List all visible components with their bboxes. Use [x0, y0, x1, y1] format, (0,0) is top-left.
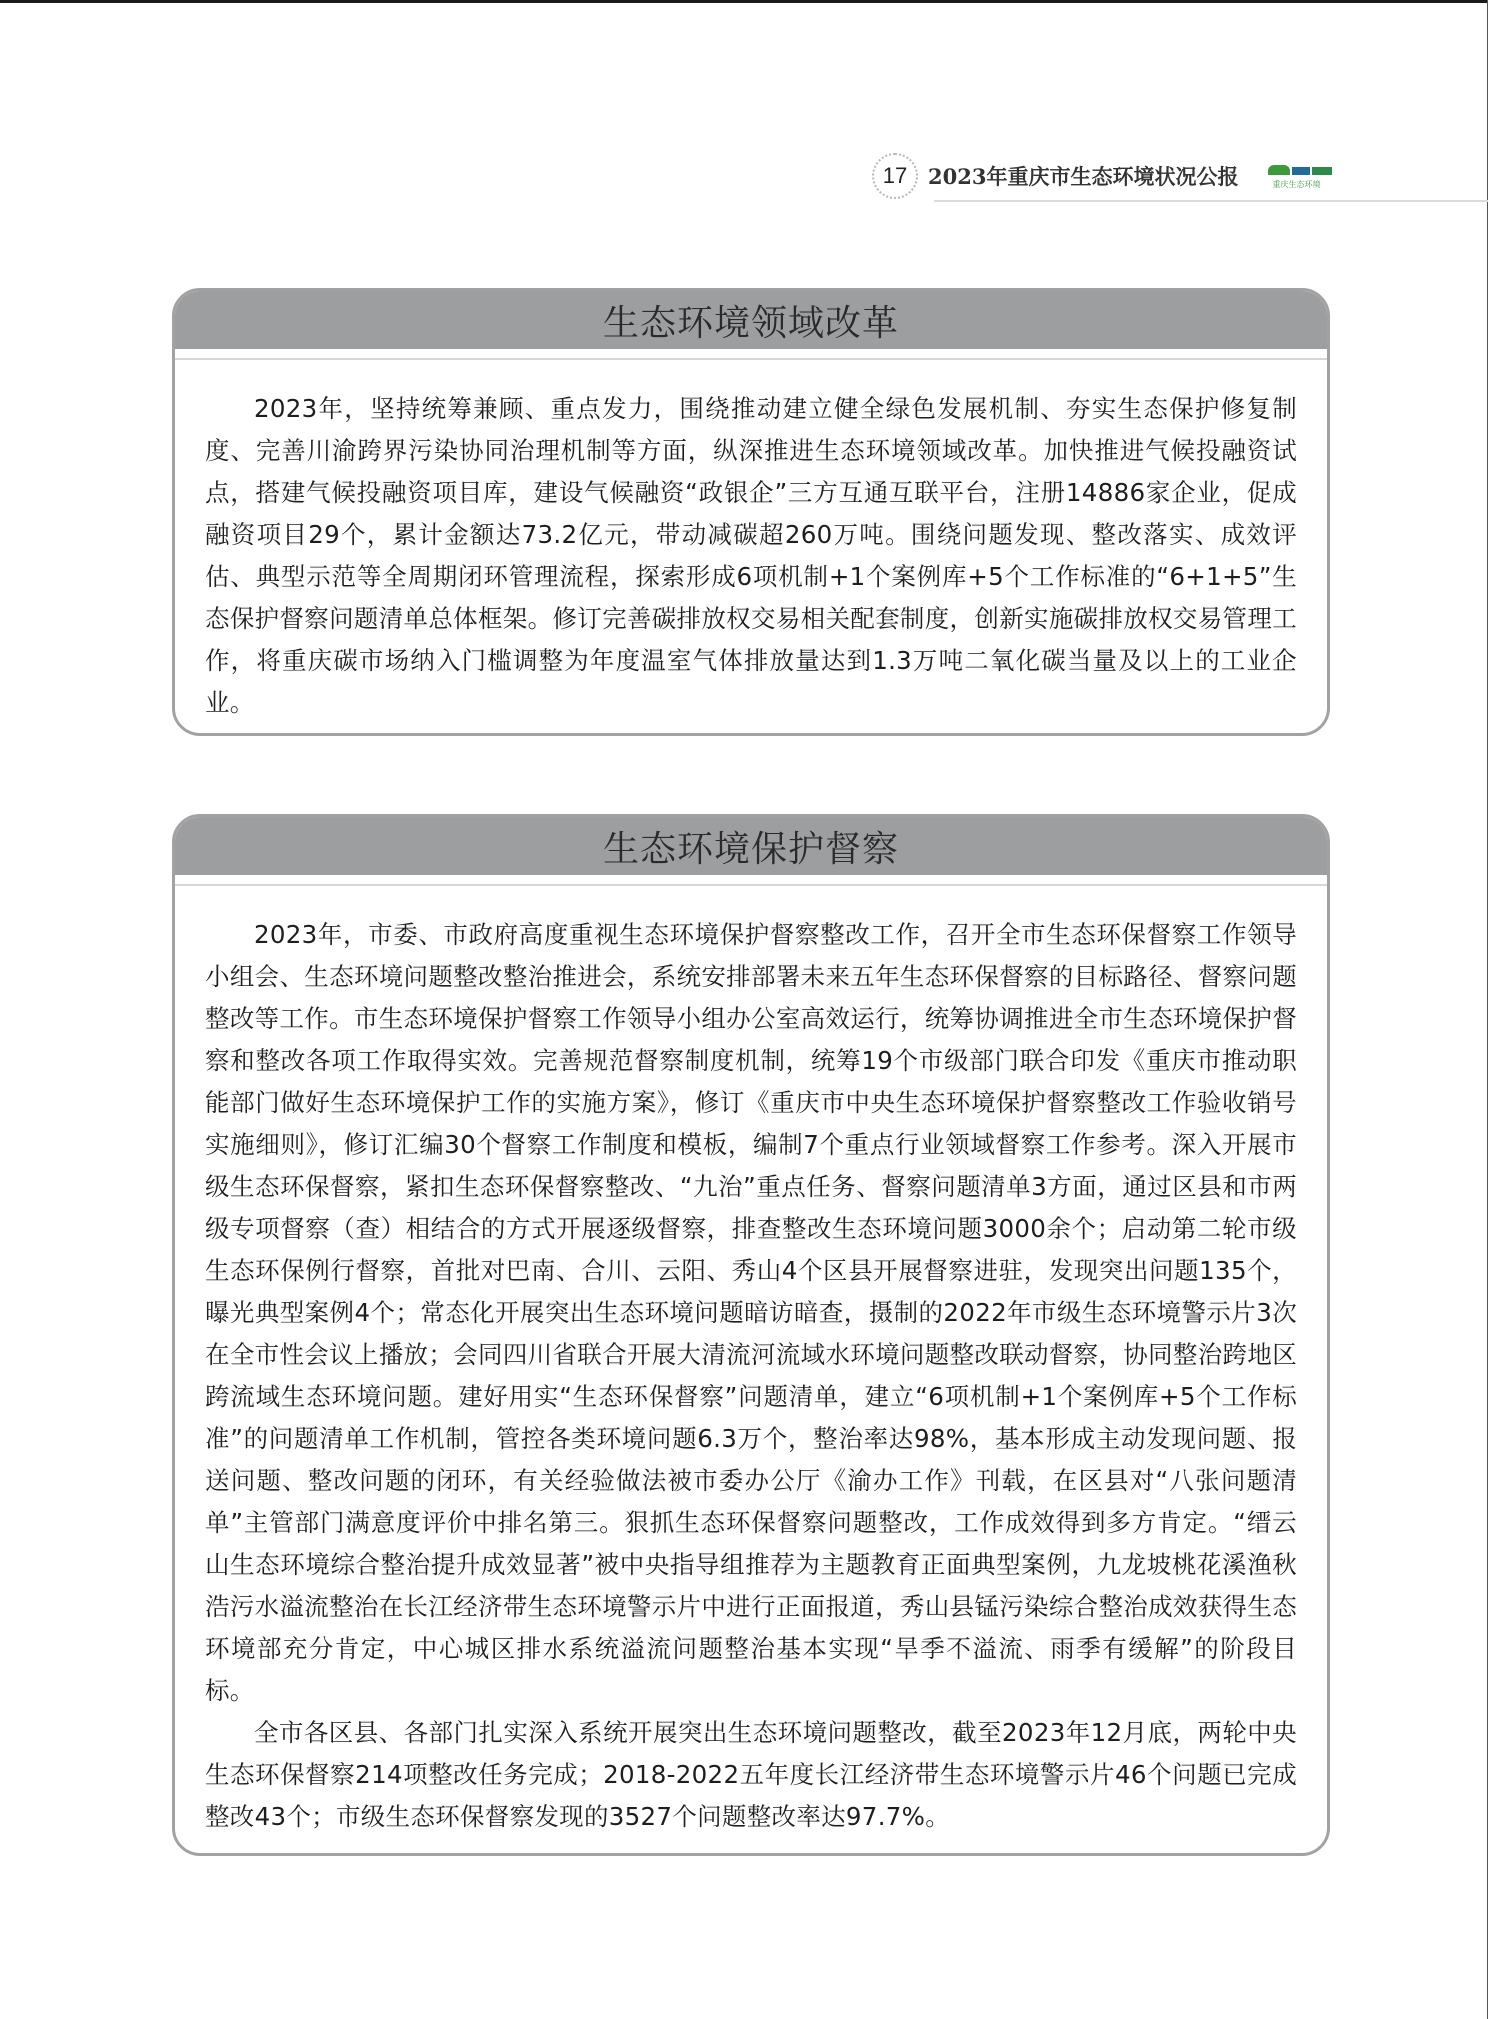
- publication-title: 2023年重庆市生态环境状况公报: [928, 161, 1238, 191]
- top-border-rule: [0, 0, 1488, 3]
- title-divider: [175, 349, 1327, 360]
- logo-caption: 重庆生态环境: [1272, 179, 1320, 190]
- paragraph: 2023年，坚持统筹兼顾、重点发力，围绕推动建立健全绿色发展机制、夯实生态保护修…: [205, 388, 1297, 724]
- title-divider: [175, 875, 1327, 886]
- section-title: 生态环境保护督察: [175, 817, 1327, 875]
- page-number: 17: [872, 153, 918, 199]
- paragraph: 全市各区县、各部门扎实深入系统开展突出生态环境问题整改，截至2023年12月底，…: [205, 1712, 1297, 1838]
- section-eco-reform: 生态环境领域改革 2023年，坚持统筹兼顾、重点发力，围绕推动建立健全绿色发展机…: [172, 288, 1330, 736]
- section-body: 2023年，市委、市政府高度重视生态环境保护督察整改工作，召开全市生态环保督察工…: [175, 886, 1327, 1838]
- section-eco-inspection: 生态环境保护督察 2023年，市委、市政府高度重视生态环境保护督察整改工作，召开…: [172, 814, 1330, 1856]
- paragraph: 2023年，市委、市政府高度重视生态环境保护督察整改工作，召开全市生态环保督察工…: [205, 914, 1297, 1712]
- running-header: 17 2023年重庆市生态环境状况公报 重庆生态环境: [872, 150, 1488, 202]
- section-title: 生态环境领域改革: [175, 291, 1327, 349]
- header-divider: [934, 200, 1488, 202]
- section-body: 2023年，坚持统筹兼顾、重点发力，围绕推动建立健全绿色发展机制、夯实生态保护修…: [175, 360, 1327, 724]
- ecology-logo-icon: 重庆生态环境: [1268, 159, 1334, 193]
